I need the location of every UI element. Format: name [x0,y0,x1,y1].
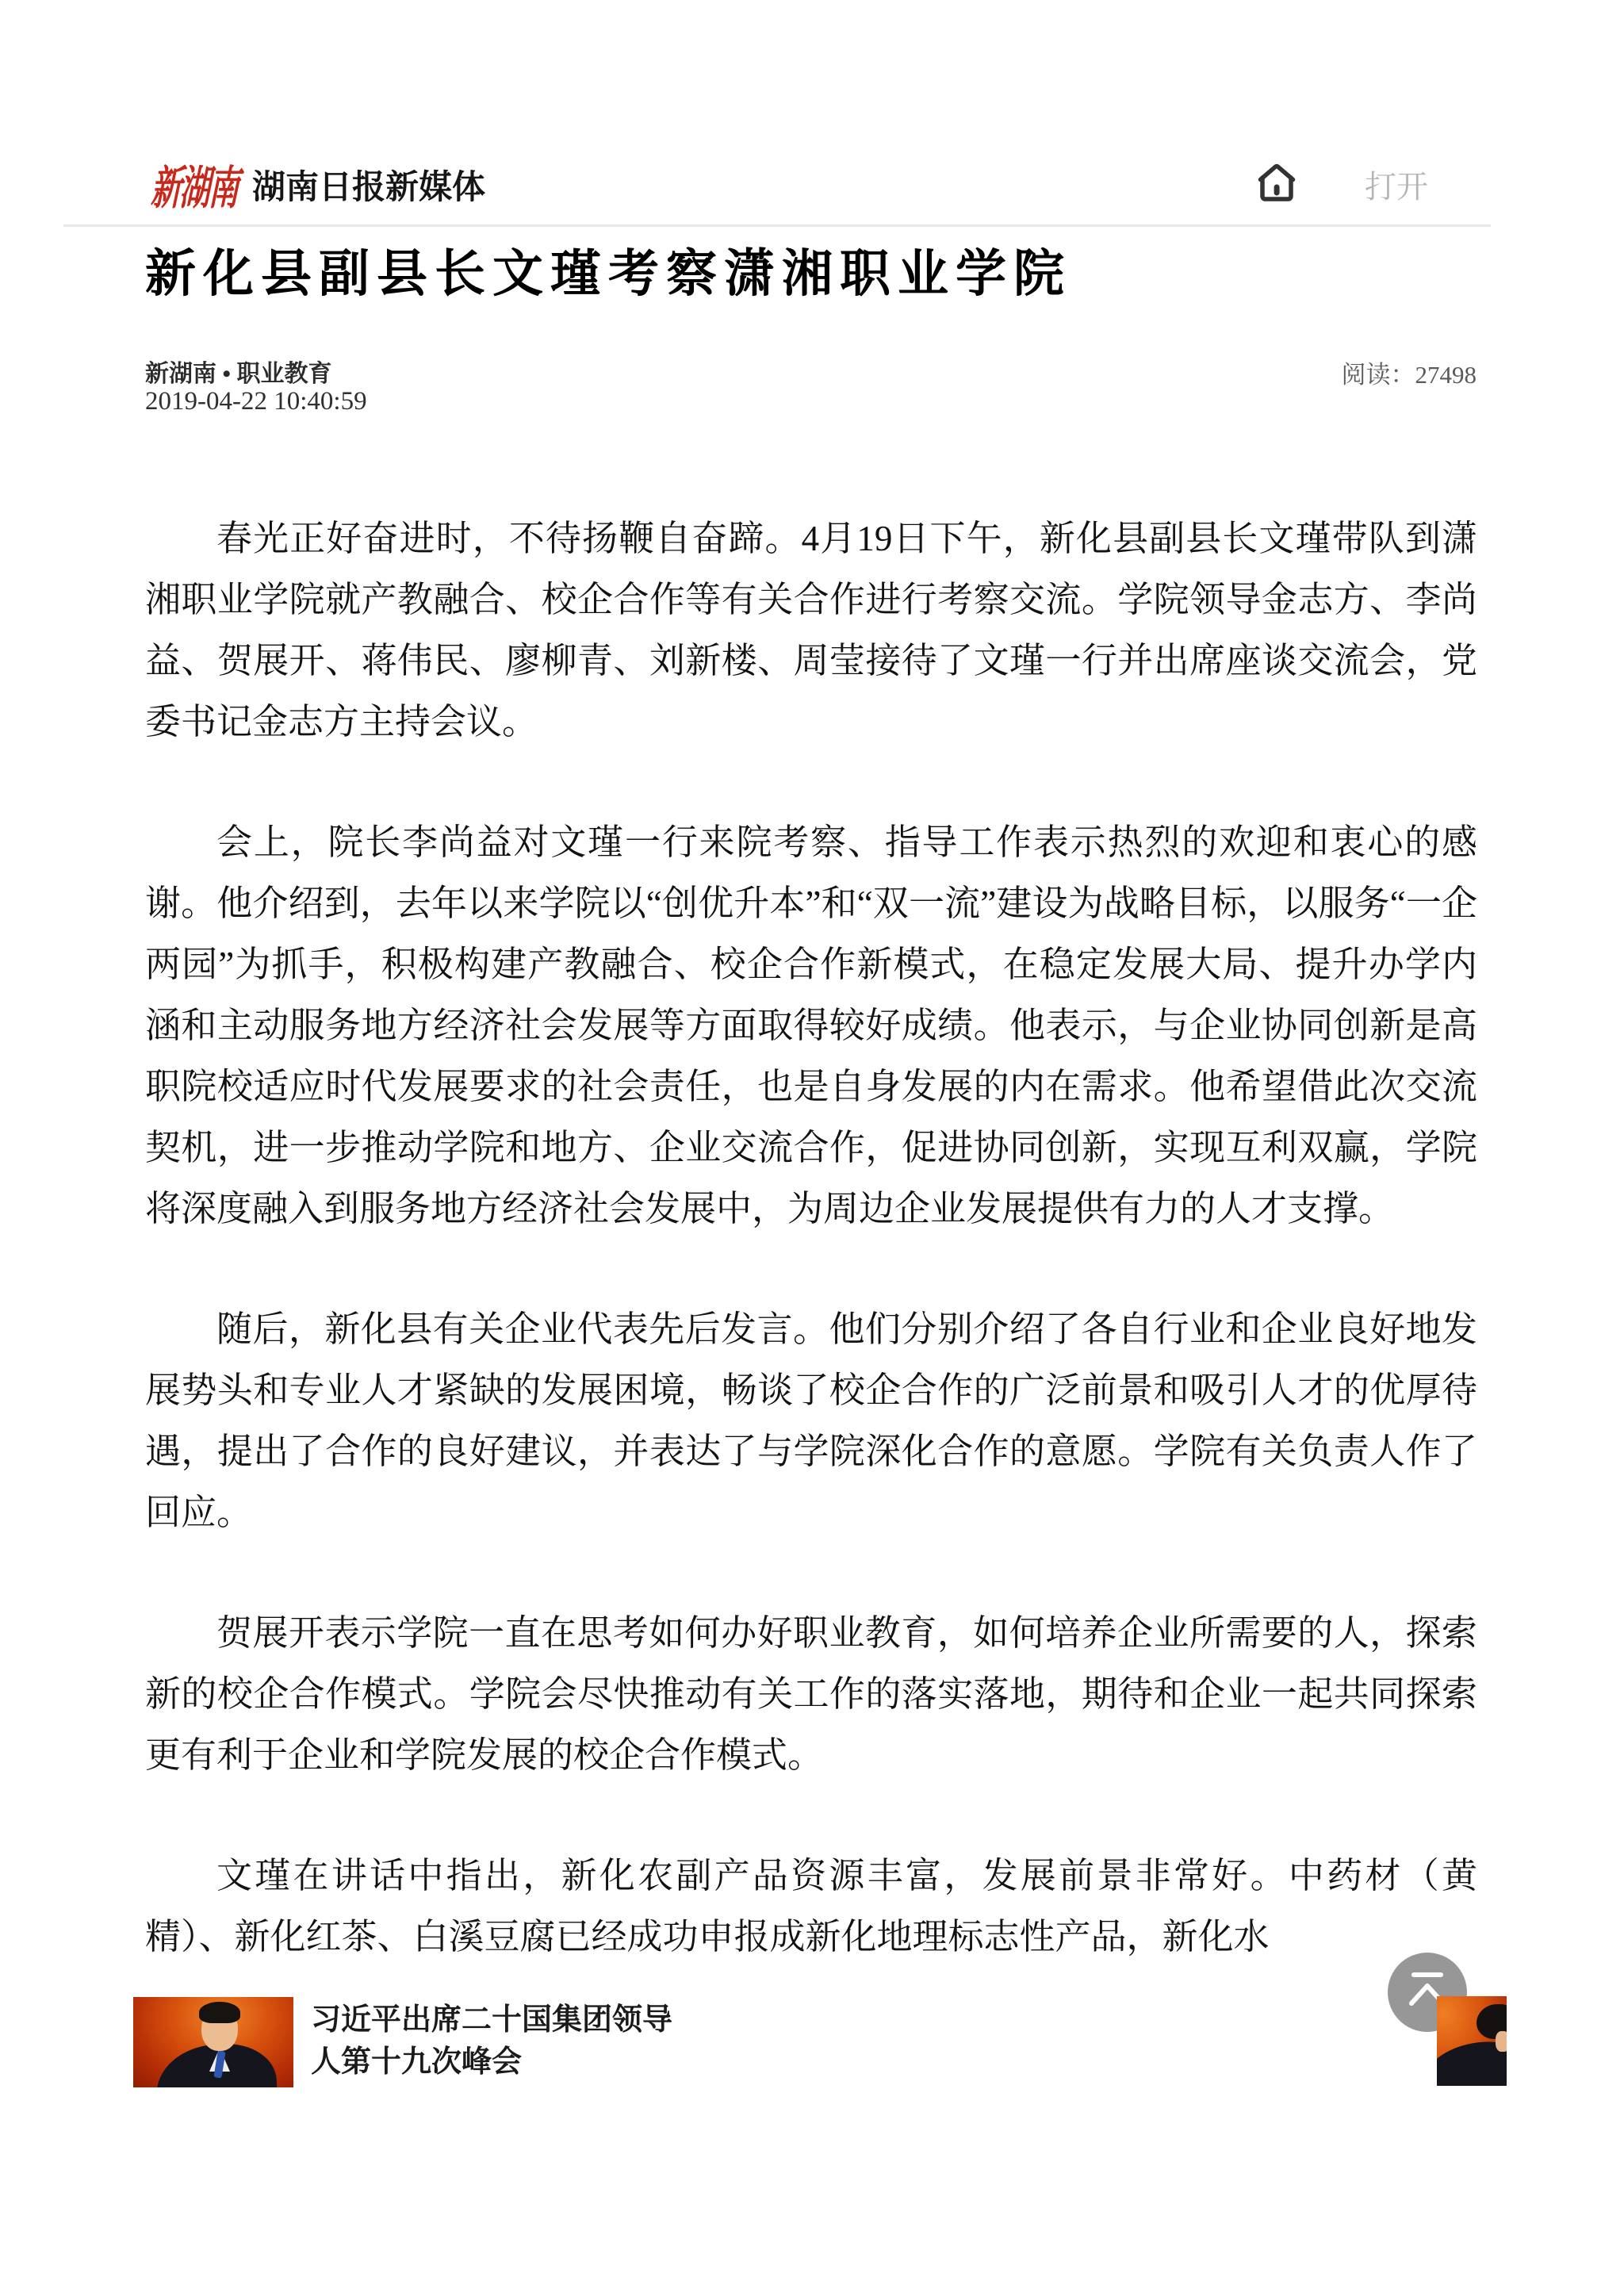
article-category: 新湖南 • 职业教育 [145,354,332,389]
read-count-value: 27498 [1415,361,1477,389]
header-divider [63,224,1491,227]
article-page: 新湖南 湖南日报新媒体 打开 新化县副县长文瑾考察潇湘职业学院 新湖南 • 职业… [0,0,1624,2296]
xinhunan-logo: 新湖南 [147,151,248,217]
article-paragraph: 随后，新化县有关企业代表先后发言。他们分别介绍了各自行业和企业良好地发展势头和专… [145,1299,1477,1543]
open-in-app-button[interactable]: 打开 [1365,162,1428,207]
related-item-photo-fragment[interactable] [1437,1996,1507,2086]
person-hair-shape [199,2002,240,2023]
read-count-label: 阅读： [1342,361,1415,389]
person-face-shape [1496,2031,1507,2052]
article-body: 春光正好奋进时，不待扬鞭自奋蹄。4月19日下午，新化县副县长文瑾带队到潇湘职业学… [145,508,1477,2027]
article-datetime: 2019-04-22 10:40:59 [145,387,367,416]
article-paragraph: 春光正好奋进时，不待扬鞭自奋蹄。4月19日下午，新化县副县长文瑾带队到潇湘职业学… [145,508,1477,753]
related-item-photo[interactable] [133,1997,293,2087]
read-count: 阅读：27498 [1342,355,1477,390]
article-paragraph: 文瑾在讲话中指出，新化农副产品资源丰富，发展前景非常好。中药材（黄精）、新化红茶… [145,1846,1477,1968]
page-title: 新化县副县长文瑾考察潇湘职业学院 [145,244,1493,305]
related-item-title[interactable]: 习近平出席二十国集团领导人第十九次峰会 [311,1999,691,2083]
brand-title: 湖南日报新媒体 [252,161,485,209]
home-button[interactable] [1255,159,1298,205]
article-paragraph: 会上，院长李尚益对文瑾一行来院考察、指导工作表示热烈的欢迎和衷心的感谢。他介绍到… [145,812,1477,1240]
home-icon [1255,194,1298,208]
article-paragraph: 贺展开表示学院一直在思考如何办好职业教育，如何培养企业所需要的人，探索新的校企合… [145,1603,1477,1786]
